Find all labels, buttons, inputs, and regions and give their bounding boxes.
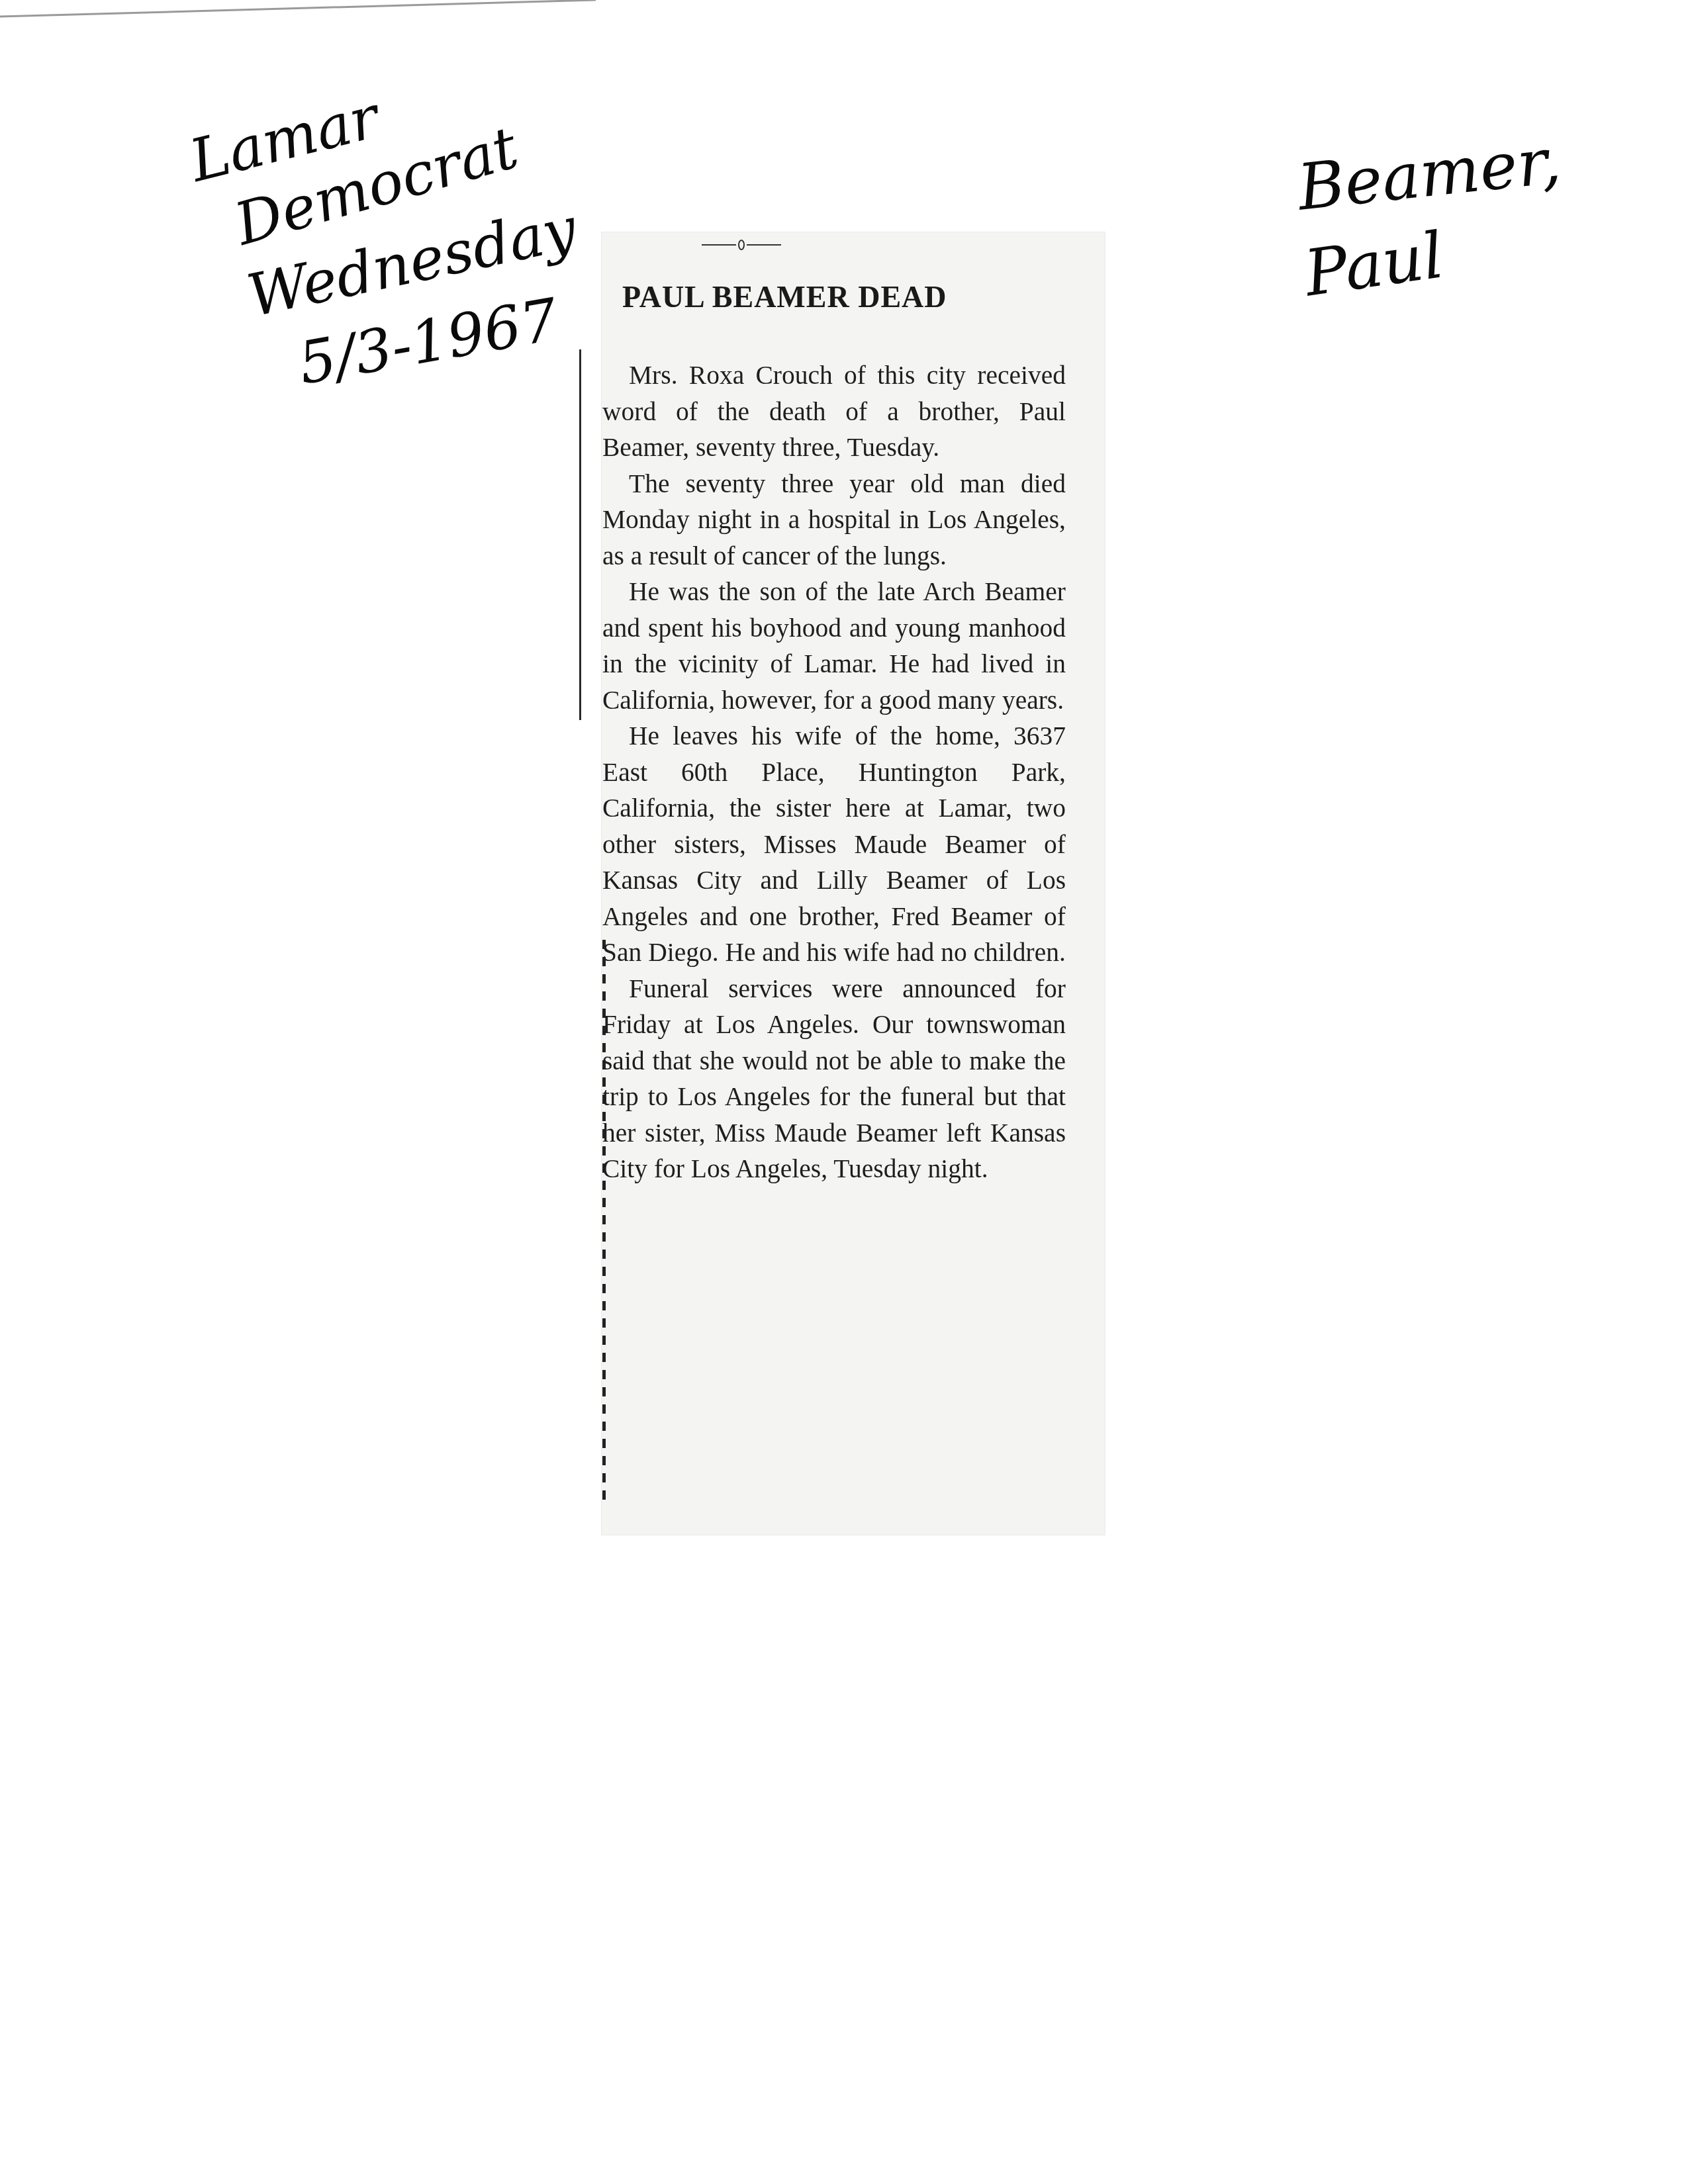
article-paragraph: He leaves his wife of the home, 3637 Eas… xyxy=(602,718,1066,971)
article-paragraph: Funeral services were announced for Frid… xyxy=(602,971,1066,1187)
column-rule-solid xyxy=(579,349,581,720)
filing-note-given-name: Paul xyxy=(1301,206,1564,305)
handwritten-filing-note: Beamer, Paul xyxy=(1297,142,1561,288)
scan-edge-line xyxy=(0,0,596,20)
article-paragraph: Mrs. Roxa Crouch of this city received w… xyxy=(602,357,1066,466)
article-paragraph: He was the son of the late Arch Beamer a… xyxy=(602,574,1066,718)
separator-ornament-icon xyxy=(702,238,781,251)
article-headline: PAUL BEAMER DEAD xyxy=(622,279,1019,314)
article-paragraph: The seventy three year old man died Mond… xyxy=(602,466,1066,574)
handwritten-source-note: Lamar Democrat Wednesday 5/3-1967 xyxy=(192,132,588,393)
article-body: Mrs. Roxa Crouch of this city received w… xyxy=(602,357,1066,1187)
filing-note-surname: Beamer, xyxy=(1295,128,1564,219)
